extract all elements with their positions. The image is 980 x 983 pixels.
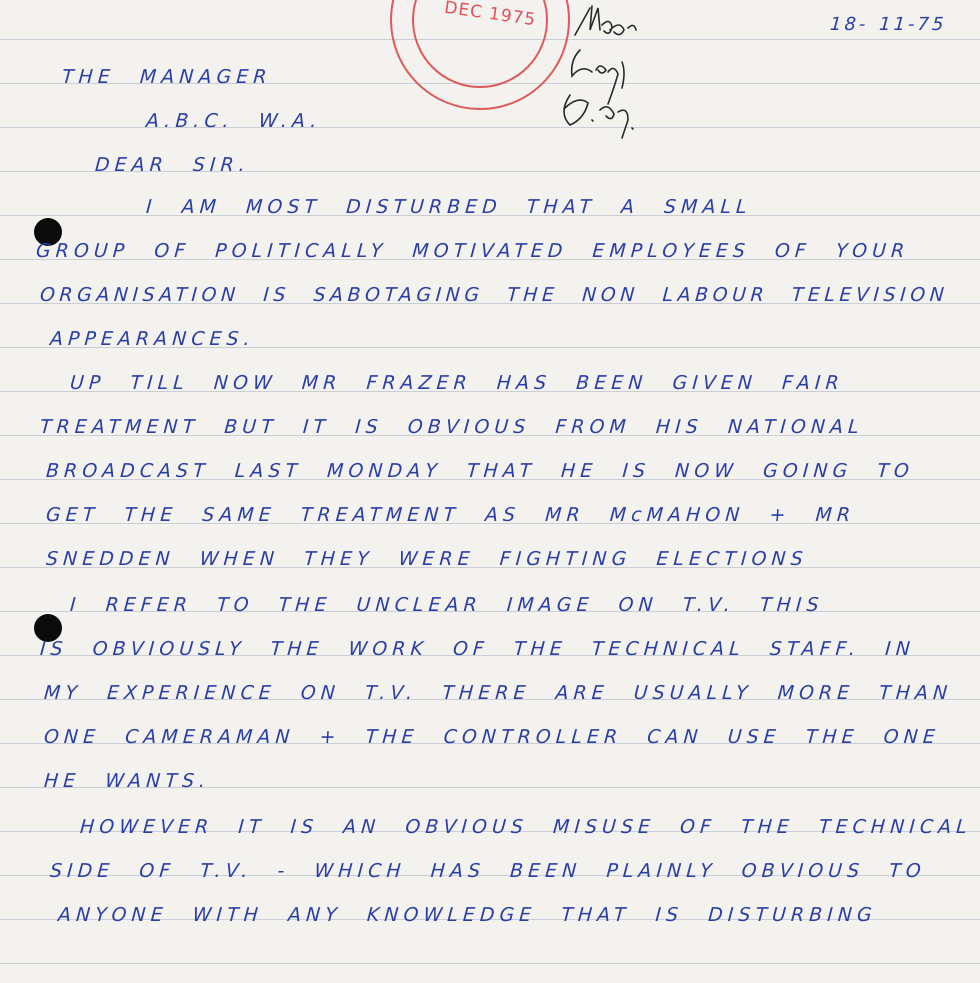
letter-line: BROADCAST LAST MONDAY THAT HE IS NOW GOI… — [45, 460, 914, 482]
letter-line: GET THE SAME TREATMENT AS MR McMAHON + M… — [45, 504, 856, 526]
letter-line: GROUP OF POLITICALLY MOTIVATED EMPLOYEES… — [35, 240, 910, 262]
letter-line: ORGANISATION IS SABOTAGING THE NON LABOU… — [39, 284, 949, 306]
letter-line: APPEARANCES. — [49, 328, 255, 350]
salutation: DEAR SIR. — [94, 154, 250, 176]
letter-line: I REFER TO THE UNCLEAR IMAGE ON T.V. THI… — [69, 594, 824, 616]
letter-line: ONE CAMERAMAN + THE CONTROLLER CAN USE T… — [43, 726, 940, 748]
addressee-line-2: A.B.C. W.A. — [145, 110, 322, 132]
letter-line: TREATMENT BUT IT IS OBVIOUS FROM HIS NAT… — [39, 416, 864, 438]
letter-line: HOWEVER IT IS AN OBVIOUS MISUSE OF THE T… — [79, 816, 972, 838]
letter-line: SIDE OF T.V. - WHICH HAS BEEN PLAINLY OB… — [49, 860, 926, 882]
letter-line: HE WANTS. — [43, 770, 211, 792]
signature-initials — [540, 0, 670, 140]
letter-line: UP TILL NOW MR FRAZER HAS BEEN GIVEN FAI… — [69, 372, 844, 394]
letter-line: MY EXPERIENCE ON T.V. THERE ARE USUALLY … — [43, 682, 953, 704]
letter-line: ANYONE WITH ANY KNOWLEDGE THAT IS DISTUR… — [57, 904, 877, 926]
letter-line: I AM MOST DISTURBED THAT A SMALL — [145, 196, 752, 218]
letter-line: SNEDDEN WHEN THEY WERE FIGHTING ELECTION… — [45, 548, 808, 570]
letter-line: IS OBVIOUSLY THE WORK OF THE TECHNICAL S… — [39, 638, 916, 660]
letter-date: 18- 11-75 — [829, 14, 947, 35]
addressee-line-1: THE MANAGER — [61, 66, 272, 88]
